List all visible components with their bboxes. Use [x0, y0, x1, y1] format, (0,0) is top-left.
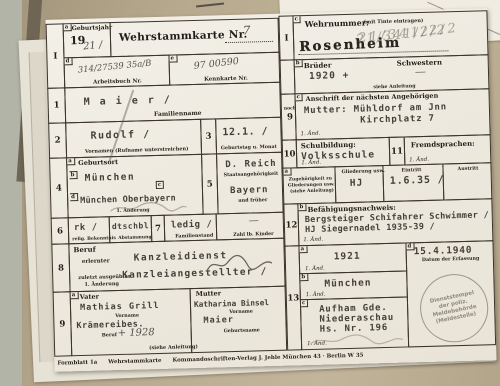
field-number: 2: [48, 122, 67, 158]
schulbildung-cell: Schulbildung: Volksschule 1. Änd.: [296, 137, 391, 168]
field-number-text: 8: [58, 263, 64, 273]
field-letter: b: [295, 60, 303, 67]
kinder-cell: — Zahl lb. Kinder: [216, 212, 285, 241]
vater-header: Vater: [80, 293, 99, 302]
erfassung-d-cell: d 15.4.1940 Datum der Erfassung Dienstst…: [405, 240, 496, 347]
vornamen-cell: Rudolf / Vornamen (Rufname unterstreiche…: [65, 119, 202, 159]
field-number-text: 1: [54, 101, 60, 111]
field-number: 1: [47, 87, 66, 123]
abstammung-cell: dtschbl. Abstammung: [109, 215, 153, 243]
field-letter: c: [293, 16, 301, 23]
aenderung-note: 1. Änd.: [300, 131, 320, 138]
field-number-text: 9: [287, 112, 293, 122]
stammkarte-handwritten: 7: [243, 23, 251, 37]
erfassung-b-value: München: [324, 277, 371, 289]
erfassung-a-value: 1921: [334, 251, 361, 263]
gliederung-cell: Gliederung usw. HJ: [334, 165, 384, 203]
handwritten-scribble: [204, 251, 277, 277]
field-letter: b: [69, 171, 77, 179]
geburtstag-cell: 12.1. / Geburtstag u. Monat: [215, 117, 282, 155]
geburtstag-label: Geburtstag u. Monat: [221, 144, 277, 151]
geburtstag-value: 12.1. /: [222, 126, 268, 138]
aenderung-note: 1. Änd.: [303, 237, 323, 244]
abstammung-value: dtschbl.: [112, 221, 155, 231]
bekenntnis-value: rk /: [74, 223, 98, 234]
vater-death-handwritten: + 1928: [118, 327, 155, 339]
aenderung-note: 1. Änd.: [301, 160, 321, 167]
staat-value: D. Reich: [225, 159, 277, 170]
field-number-text: 11: [391, 146, 403, 156]
section-roman: I: [53, 51, 57, 61]
field-letter: a: [67, 158, 75, 165]
field-letter: c: [301, 300, 309, 307]
field-letter: a: [64, 24, 72, 31]
familienstand-value: ledig /: [171, 220, 213, 231]
erfassung-a-cell: a 1921 1. Änd.: [298, 242, 407, 274]
arbeitsbuch-handwritten: 314/27539 35a/B: [77, 59, 151, 76]
staatsangehoerigkeit-cell: D. Reich Staatsangehörigkeit Bayern und …: [216, 152, 284, 215]
field-number-text: 2: [55, 135, 61, 145]
aenderung-note: 1. Änd.: [409, 157, 429, 164]
geburtsort-cell: a Geburtsort b München c d München Oberb…: [66, 154, 204, 219]
field-number-text: 5: [207, 179, 213, 189]
eintritt-cell: Eintritt 1.6.35 /: [382, 163, 444, 202]
field-letter: a: [283, 168, 291, 175]
mutter-cell: Mutter Katharina Binsel Vorname Maier Ge…: [190, 286, 288, 353]
eintritt-value: 1.6.35 /: [390, 174, 445, 186]
field-number-text: 7: [155, 223, 161, 233]
field-letter: d: [64, 58, 72, 65]
erfassung-datum-label: Datum der Erfassung: [422, 256, 480, 264]
mutter-header: Mutter: [196, 289, 222, 298]
befaehigung-cell: b Befähigungsnachweis: Bergsteiger Schif…: [297, 198, 493, 246]
field-letter: c: [296, 94, 304, 101]
familienstand-label: Familienstand: [175, 233, 213, 240]
field-letter: e: [169, 55, 177, 62]
brueder-label: Brüder: [304, 60, 332, 70]
stammkarte-cell: Wehrstammkarte Nr. 7: [110, 18, 280, 57]
gliederung-value: HJ: [350, 178, 364, 189]
anschrift-cell: c Anschrift der nächsten Angehörigen Mut…: [294, 88, 490, 140]
gliederungen-label-line3: (siehe Anleitung): [290, 188, 334, 194]
footer-publisher: Kommandoschriften-Verlag J. Jehle Münche…: [172, 353, 363, 364]
beruf-label1: erlernter: [82, 258, 110, 265]
kennkarte-handwritten: 97 00590: [193, 56, 239, 72]
geburtsjahr-handwritten: 21 /: [83, 40, 103, 53]
kinder-handwritten: —: [249, 215, 259, 226]
geschwister-note: siehe Anleitung: [373, 83, 415, 90]
befaehigung-line2: HJ Siegernadel 1935-39 /: [305, 222, 435, 235]
gliederungen-label-cell: a Zugehörigkeit zu Gliederungen usw. (si…: [282, 166, 336, 204]
bekenntnis-cell: rk / relig. Bekenntnis: [68, 216, 111, 244]
mutter-geburtsname: Maier: [203, 315, 234, 326]
footer-form: Formblatt 1a: [57, 360, 97, 367]
footer-title: Wehrstammkarte: [108, 358, 161, 365]
brueder-value: 1920 +: [309, 70, 350, 82]
handwritten-scribble: [108, 199, 188, 215]
field-letter: d: [70, 193, 78, 201]
field-letter: a: [299, 246, 307, 253]
field-number-text: 13: [287, 293, 299, 303]
schwestern-value: —: [415, 65, 426, 78]
kennkarte-label: Kennkarte Nr.: [204, 76, 248, 83]
field-letter: b: [300, 274, 308, 281]
official-stamp: Dienststempel der poliz. Meldebehörde (M…: [414, 268, 494, 348]
field-number-text: 3: [205, 132, 211, 142]
anschrift-label: Anschrift der nächsten Angehörigen: [306, 92, 439, 103]
familienname-label: Familienname: [154, 110, 202, 118]
field-number: 6: [51, 217, 70, 244]
gliederung-label: Gliederung usw.: [341, 168, 384, 175]
erfassung-c-cell: c Aufham Gde. Niederaschau Hs. Nr. 196 1…: [300, 296, 409, 350]
schulbildung-label: Schulbildung:: [301, 140, 356, 150]
beruf-header: Beruf: [73, 245, 95, 255]
field-number-text: 12: [285, 220, 297, 230]
eintritt-label: Eintritt: [401, 167, 421, 174]
mutter-geburtsname-label: Geburtsname: [224, 327, 260, 334]
erfassung-b-cell: b München 1. Änd.: [299, 270, 408, 300]
field-letter: c: [156, 181, 165, 189]
staat-label2: und früher: [238, 197, 267, 204]
vornamen-value: Rudolf /: [90, 129, 150, 142]
beruf-cell: Beruf erlernter Kanzleidienst zuletzt au…: [68, 238, 285, 293]
field-number-text: 10: [284, 149, 296, 159]
anschrift-line2: Kirchplatz 7: [360, 114, 435, 126]
beruf-label2b: 1. Änderung: [84, 281, 119, 288]
abstammung-label: Abstammung: [118, 235, 152, 241]
staat-value2: Bayern: [230, 185, 269, 196]
familienstand-cell: ledig / Familienstand: [164, 213, 218, 241]
wehrstammkarte-card: I a Geburtsjahr 19 21 / Wehrstammkarte N…: [45, 8, 496, 371]
staat-label: Staatsangehörigkeit: [224, 171, 279, 178]
geburtsort-value: München: [84, 172, 135, 184]
geburtsort-label: Geburtsort: [78, 158, 118, 167]
eltern-note: (siehe Anleitung): [149, 344, 198, 351]
pencil-mark-top: [196, 3, 224, 8]
field-letter: b: [298, 204, 306, 211]
scanned-photo: { "idsection": { "roman": "I", "corner_p…: [0, 0, 500, 386]
section-roman: I: [284, 33, 288, 43]
arbeitsbuch-cell: d 314/27539 35a/B Arbeitsbuch Nr.: [63, 55, 170, 89]
field-number-text: 9: [59, 319, 65, 329]
field-number-text: 4: [56, 183, 62, 193]
austritt-label: Austritt: [457, 166, 478, 173]
handwritten-scribble: [308, 332, 406, 349]
field-number-text: 6: [57, 226, 63, 236]
fremdsprachen-cell: Fremdsprachen: 1. Änd.: [404, 134, 492, 165]
austritt-cell: Austritt: [442, 162, 492, 200]
kinder-label: Zahl lb. Kinder: [233, 231, 274, 238]
vater-beruf-label: Beruf: [102, 332, 117, 338]
geburtsjahr-cell: a Geburtsjahr 19 21 /: [63, 22, 112, 58]
kennkarte-cell: e 97 00590 Kennkarte Nr.: [168, 52, 280, 86]
aenderung-note: 1. Änd.: [306, 292, 326, 299]
mutter-name: Katharina Binsel: [194, 298, 269, 309]
vater-name-label: Vorname: [115, 313, 139, 320]
geburtsjahr-label: Geburtsjahr: [72, 24, 113, 32]
vater-name: Mathias Grill: [80, 301, 160, 313]
fremdsprachen-label: Fremdsprachen:: [411, 139, 475, 150]
wehrnummer-label: Wehrnummer:: [305, 17, 370, 29]
aenderung-note: 1. Änd.: [305, 266, 325, 273]
field-letter: a: [71, 292, 79, 299]
